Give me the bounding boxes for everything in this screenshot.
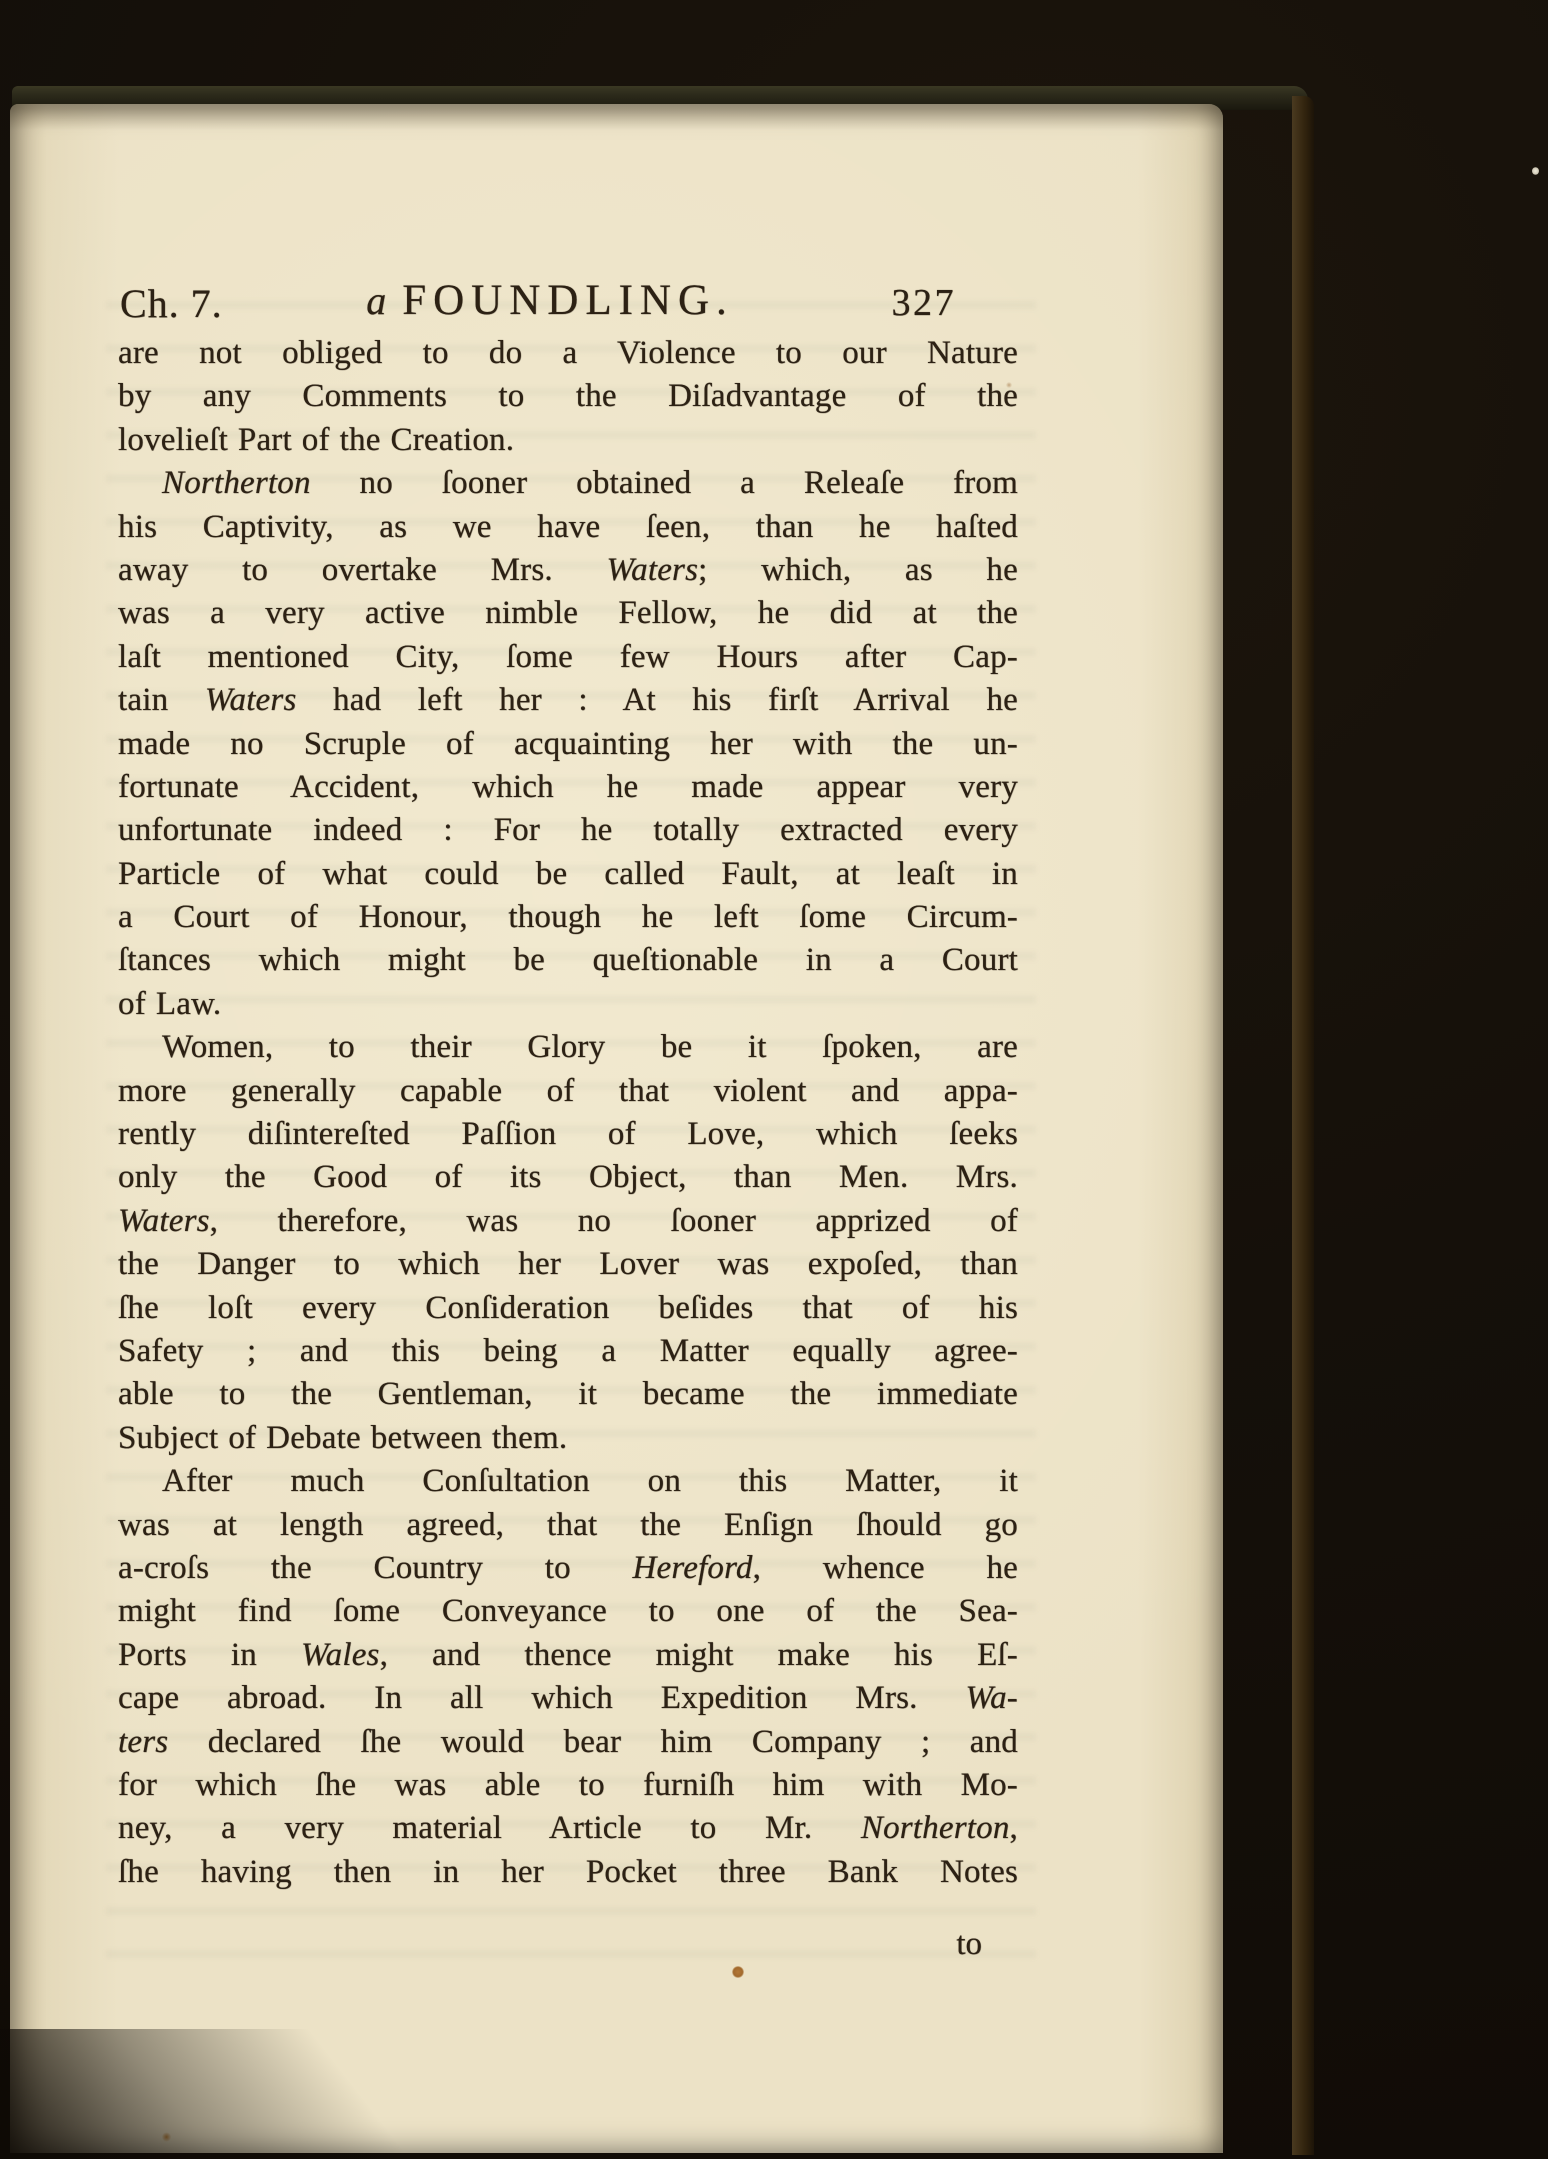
text-line: of Law. [118, 983, 1018, 1026]
book-cover-edge [1292, 96, 1314, 2155]
text-line: able to the Gentleman, it became the imm… [118, 1373, 1018, 1416]
text-line: laſt mentioned City, ſome few Hours afte… [118, 636, 1018, 679]
body-text: are not obliged to do a Violence to our … [118, 335, 1018, 371]
running-title-main: FOUNDLING. [402, 277, 734, 324]
italic-text: Wa- [965, 1680, 1018, 1716]
italic-text: Waters [118, 1203, 210, 1239]
text-line: Ports in Wales, and thence might make hi… [118, 1634, 1018, 1677]
italic-text: Wales [301, 1637, 380, 1673]
text-line: After much Conſultation on this Matter, … [118, 1460, 1018, 1503]
body-text: ney, a very material Article to Mr. [118, 1810, 861, 1846]
text-line: are not obliged to do a Violence to our … [118, 332, 1018, 375]
italic-text: Northerton [162, 465, 311, 501]
body-text: only the Good of its Object, than Men. M… [118, 1159, 1018, 1195]
text-line: ſtances which might be queſtionable in a… [118, 939, 1018, 982]
body-text: After much Conſultation on this Matter, … [162, 1463, 1018, 1499]
body-text: unfortunate indeed : For he totally extr… [118, 812, 1018, 848]
body-text: Ports in [118, 1637, 301, 1673]
body-text: was at length agreed, that the Enſign ſh… [118, 1507, 1018, 1543]
text-line: ſhe having then in her Pocket three Bank… [118, 1851, 1018, 1894]
body-text: had left her : At his firſt Arrival he [297, 682, 1019, 718]
text-line: only the Good of its Object, than Men. M… [118, 1156, 1018, 1199]
text-line: Northerton no ſooner obtained a Releaſe … [118, 462, 1018, 505]
body-text: Particle of what could be called Fault, … [118, 856, 1018, 892]
running-title: aFOUNDLING. [366, 276, 734, 325]
text-line: more generally capable of that violent a… [118, 1070, 1018, 1113]
dust-speck [1532, 167, 1539, 175]
text-line: was a very active nimble Fellow, he did … [118, 592, 1018, 635]
body-text: Safety ; and this being a Matter equally… [118, 1333, 1018, 1369]
text-line: the Danger to which her Lover was expoſe… [118, 1243, 1018, 1286]
body-text: , and thence might make his Eſ- [380, 1637, 1018, 1673]
body-text: fortunate Accident, which he made appear… [118, 769, 1018, 805]
text-line: away to overtake Mrs. Waters; which, as … [118, 549, 1018, 592]
catchword-row: to [118, 1923, 1018, 1966]
body-text: for which ſhe was able to furniſh him wi… [118, 1767, 1018, 1803]
page-content: Ch. 7. aFOUNDLING. 327 are not obliged t… [118, 276, 1018, 1966]
chapter-label: Ch. 7. [120, 280, 223, 327]
text-line: Women, to their Glory be it ſpoken, are [118, 1026, 1018, 1069]
body-text: ſhe having then in her Pocket three Bank… [118, 1854, 1018, 1890]
body-text: tain [118, 682, 205, 718]
body-text: of Law. [118, 986, 221, 1022]
body-text: might find ſome Conveyance to one of the… [118, 1593, 1018, 1629]
body-text: by any Comments to the Diſadvantage of t… [118, 378, 1018, 414]
body-text: ſtances which might be queſtionable in a… [118, 942, 1018, 978]
body-text: more generally capable of that violent a… [118, 1073, 1018, 1109]
italic-text: Northerton [861, 1810, 1010, 1846]
text-column: are not obliged to do a Violence to our … [118, 332, 1018, 1894]
text-line: a Court of Honour, though he left ſome C… [118, 896, 1018, 939]
page-number: 327 [892, 281, 957, 325]
text-line: was at length agreed, that the Enſign ſh… [118, 1504, 1018, 1547]
italic-text: Hereford [633, 1550, 753, 1586]
paper-stain [732, 1966, 744, 1978]
italic-text: Waters [606, 552, 698, 588]
text-line: made no Scruple of acquainting her with … [118, 723, 1018, 766]
text-line: by any Comments to the Diſadvantage of t… [118, 375, 1018, 418]
catchword: to [956, 1926, 982, 1962]
fore-edge-page-stack [1222, 94, 1292, 2155]
body-text: cape abroad. In all which Expedition Mrs… [118, 1680, 965, 1716]
paper-stain [1006, 382, 1012, 388]
body-text: Subject of Debate between them. [118, 1420, 567, 1456]
body-text: away to overtake Mrs. [118, 552, 606, 588]
text-line: Safety ; and this being a Matter equally… [118, 1330, 1018, 1373]
body-text: laſt mentioned City, ſome few Hours afte… [118, 639, 1018, 675]
text-line: his Captivity, as we have ſeen, than he … [118, 506, 1018, 549]
body-text: , whence he [753, 1550, 1018, 1586]
body-text: , [1010, 1810, 1018, 1846]
italic-text: ters [118, 1724, 168, 1760]
body-text: a-croſs the Country to [118, 1550, 633, 1586]
italic-text: Waters [205, 682, 297, 718]
text-line: Subject of Debate between them. [118, 1417, 1018, 1460]
text-line: fortunate Accident, which he made appear… [118, 766, 1018, 809]
body-text: no ſooner obtained a Releaſe from [311, 465, 1018, 501]
body-text: the Danger to which her Lover was expoſe… [118, 1246, 1018, 1282]
body-text: lovelieſt Part of the Creation. [118, 422, 514, 458]
text-line: ſhe loſt every Conſideration beſides tha… [118, 1287, 1018, 1330]
page-header: Ch. 7. aFOUNDLING. 327 [118, 276, 1018, 332]
body-text: a Court of Honour, though he left ſome C… [118, 899, 1018, 935]
text-line: Waters, therefore, was no ſooner apprize… [118, 1200, 1018, 1243]
body-text: his Captivity, as we have ſeen, than he … [118, 509, 1018, 545]
book-page: Ch. 7. aFOUNDLING. 327 are not obliged t… [10, 104, 1223, 2153]
text-line: ney, a very material Article to Mr. Nort… [118, 1807, 1018, 1850]
text-line: for which ſhe was able to furniſh him wi… [118, 1764, 1018, 1807]
text-line: might find ſome Conveyance to one of the… [118, 1590, 1018, 1633]
running-title-article: a [366, 278, 386, 323]
text-line: cape abroad. In all which Expedition Mrs… [118, 1677, 1018, 1720]
body-text: rently diſintereſted Paſſion of Love, wh… [118, 1116, 1018, 1152]
bottom-left-shadow [0, 2029, 540, 2159]
body-text: ; which, as he [698, 552, 1018, 588]
body-text: able to the Gentleman, it became the imm… [118, 1376, 1018, 1412]
text-line: ters declared ſhe would bear him Company… [118, 1721, 1018, 1764]
text-line: rently diſintereſted Paſſion of Love, wh… [118, 1113, 1018, 1156]
text-line: a-croſs the Country to Hereford, whence … [118, 1547, 1018, 1590]
body-text: declared ſhe would bear him Company ; an… [168, 1724, 1018, 1760]
body-text: Women, to their Glory be it ſpoken, are [162, 1029, 1018, 1065]
text-line: Particle of what could be called Fault, … [118, 853, 1018, 896]
text-line: unfortunate indeed : For he totally extr… [118, 809, 1018, 852]
text-line: tain Waters had left her : At his firſt … [118, 679, 1018, 722]
body-text: was a very active nimble Fellow, he did … [118, 595, 1018, 631]
body-text: ſhe loſt every Conſideration beſides tha… [118, 1290, 1018, 1326]
body-text: made no Scruple of acquainting her with … [118, 726, 1018, 762]
book-photo: Ch. 7. aFOUNDLING. 327 are not obliged t… [0, 0, 1548, 2159]
body-text: , therefore, was no ſooner apprized of [210, 1203, 1018, 1239]
text-line: lovelieſt Part of the Creation. [118, 419, 1018, 462]
